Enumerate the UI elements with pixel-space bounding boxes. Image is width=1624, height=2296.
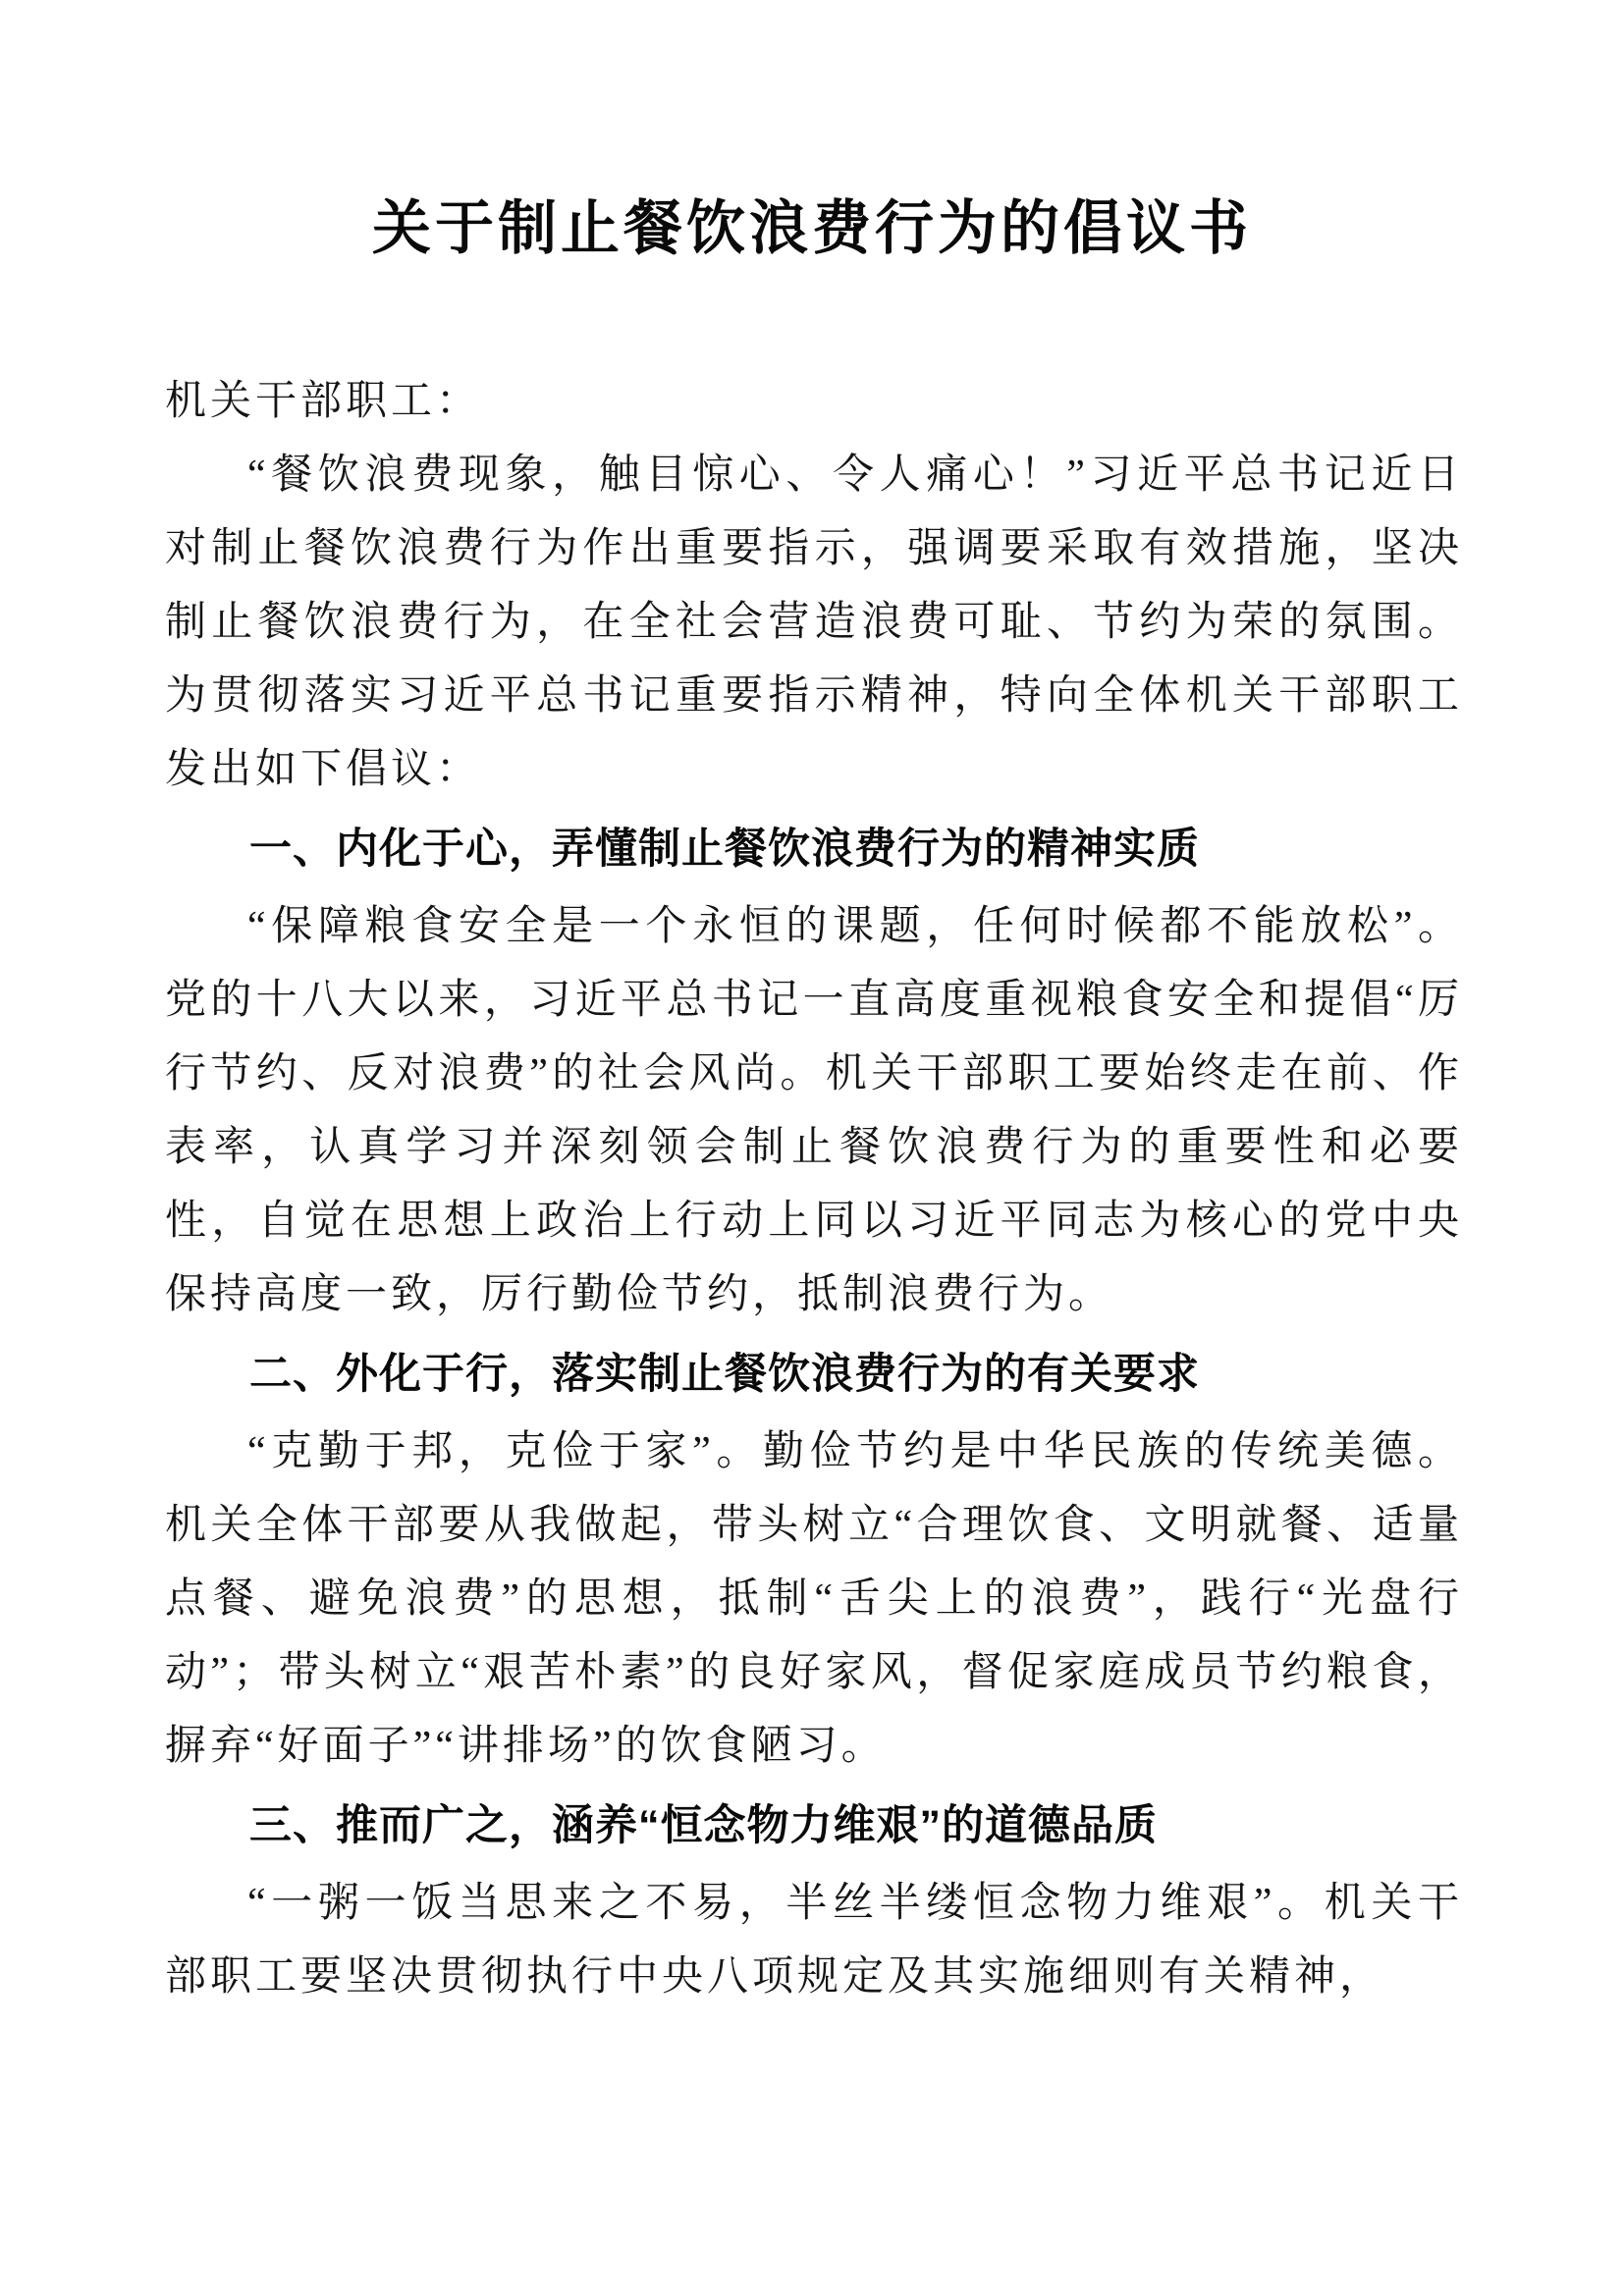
document-page: 关于制止餐饮浪费行为的倡议书 机关干部职工： “餐饮浪费现象，触目惊心、令人痛心… xyxy=(0,0,1624,2296)
section-2-heading: 二、外化于行，落实制止餐饮浪费行为的有关要求 xyxy=(165,1338,1463,1412)
salutation-line: 机关干部职工： xyxy=(165,365,1463,439)
section-1-paragraph: “保障粮食安全是一个永恒的课题，任何时候都不能放松”。党的十八大以来，习近平总书… xyxy=(165,890,1463,1332)
document-title: 关于制止餐饮浪费行为的倡议书 xyxy=(0,188,1624,269)
section-1-heading: 一、内化于心，弄懂制止餐饮浪费行为的精神实质 xyxy=(165,813,1463,886)
section-2-paragraph: “克勤于邦，克俭于家”。勤俭节约是中华民族的传统美德。机关全体干部要从我做起，带… xyxy=(165,1415,1463,1784)
section-3-heading: 三、推而广之，涵养“恒念物力维艰”的道德品质 xyxy=(165,1789,1463,1863)
section-3-paragraph: “一粥一饭当思来之不易，半丝半缕恒念物力维艰”。机关干部职工要坚决贯彻执行中央八… xyxy=(165,1867,1463,2014)
opening-paragraph: “餐饮浪费现象，触目惊心、令人痛心！”习近平总书记近日对制止餐饮浪费行为作出重要… xyxy=(165,439,1463,807)
document-body: 机关干部职工： “餐饮浪费现象，触目惊心、令人痛心！”习近平总书记近日对制止餐饮… xyxy=(165,365,1463,2014)
